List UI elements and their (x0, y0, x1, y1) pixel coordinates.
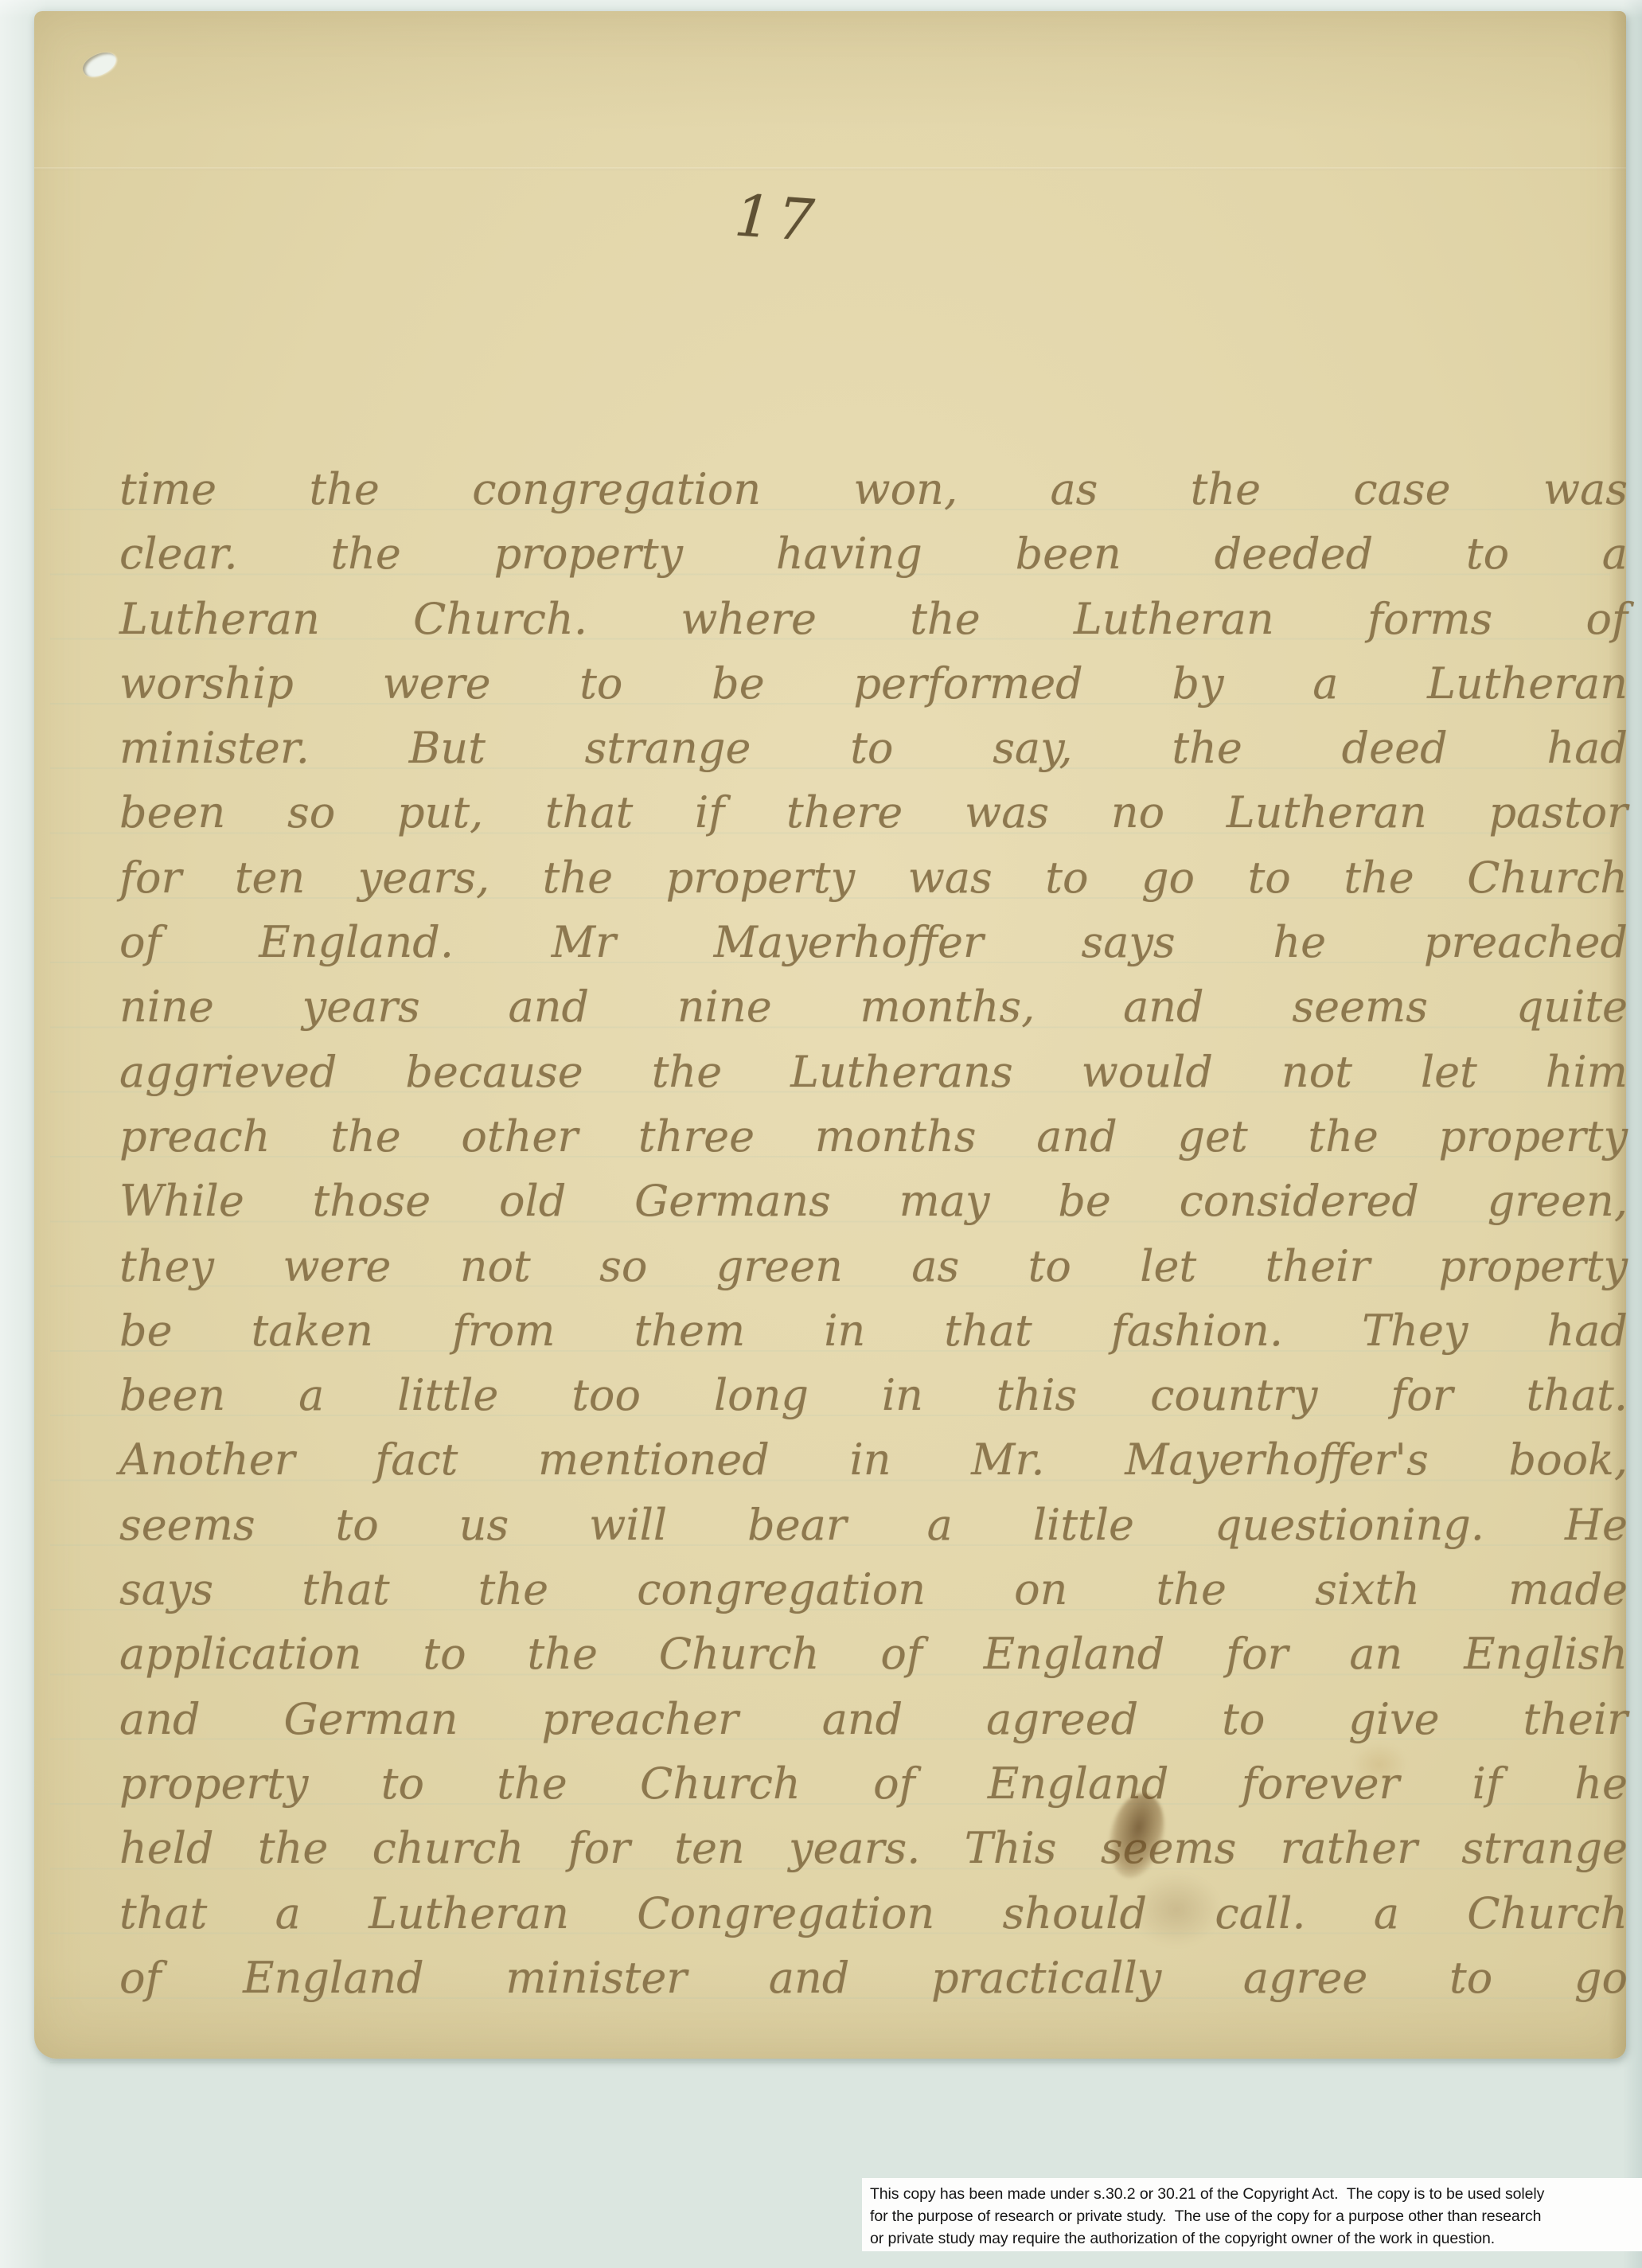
handwritten-line: While those old Germans may be considere… (119, 1169, 1628, 1233)
page-number: 17 (732, 182, 822, 254)
handwritten-line: been a little too long in this country f… (119, 1363, 1628, 1427)
handwritten-line: preach the other three months and get th… (119, 1104, 1628, 1169)
copyright-notice-line: or private study may require the authori… (870, 2227, 1642, 2250)
handwritten-line: been so put, that if there was no Luther… (119, 780, 1628, 845)
copyright-notice: This copy has been made under s.30.2 or … (862, 2178, 1642, 2251)
handwritten-line: worship were to be performed by a Luther… (119, 651, 1628, 716)
handwritten-line: of England minister and practically agre… (119, 1946, 1628, 2010)
handwritten-line: be taken from them in that fashion. They… (119, 1298, 1628, 1363)
scan-background: 17 time the congregation won, as the cas… (0, 0, 1642, 2268)
manuscript-page: 17 time the congregation won, as the cas… (34, 11, 1626, 2059)
paper-hole (79, 47, 119, 81)
handwritten-line: says that the congregation on the sixth … (119, 1557, 1628, 1622)
fold-crease (34, 167, 1626, 170)
handwritten-line: minister. But strange to say, the deed h… (119, 716, 1628, 780)
handwritten-line: they were not so green as to let their p… (119, 1234, 1628, 1298)
foxing-spot (1351, 1743, 1407, 1786)
handwritten-line: that a Lutheran Congregation should call… (119, 1881, 1628, 1946)
copyright-notice-line: for the purpose of research or private s… (870, 2205, 1642, 2227)
handwritten-line: Lutheran Church. where the Lutheran form… (119, 587, 1628, 651)
handwritten-line: and German preacher and agreed to give t… (119, 1687, 1628, 1751)
handwritten-line: for ten years, the property was to go to… (119, 845, 1628, 910)
handwritten-line: time the congregation won, as the case w… (119, 457, 1628, 521)
handwritten-line: clear. the property having been deeded t… (119, 521, 1628, 586)
handwritten-line: of England. Mr Mayerhoffer says he preac… (119, 910, 1628, 974)
handwritten-line: aggrieved because the Lutherans would no… (119, 1040, 1628, 1104)
handwritten-line: nine years and nine months, and seems qu… (119, 974, 1628, 1039)
handwritten-line: held the church for ten years. This seem… (119, 1816, 1628, 1880)
handwritten-line: Another fact mentioned in Mr. Mayerhoffe… (119, 1427, 1628, 1492)
handwritten-line: seems to us will bear a little questioni… (119, 1493, 1628, 1557)
handwritten-line: application to the Church of England for… (119, 1622, 1628, 1686)
copyright-notice-line: This copy has been made under s.30.2 or … (870, 2183, 1642, 2205)
faint-stain (1133, 1874, 1220, 1946)
